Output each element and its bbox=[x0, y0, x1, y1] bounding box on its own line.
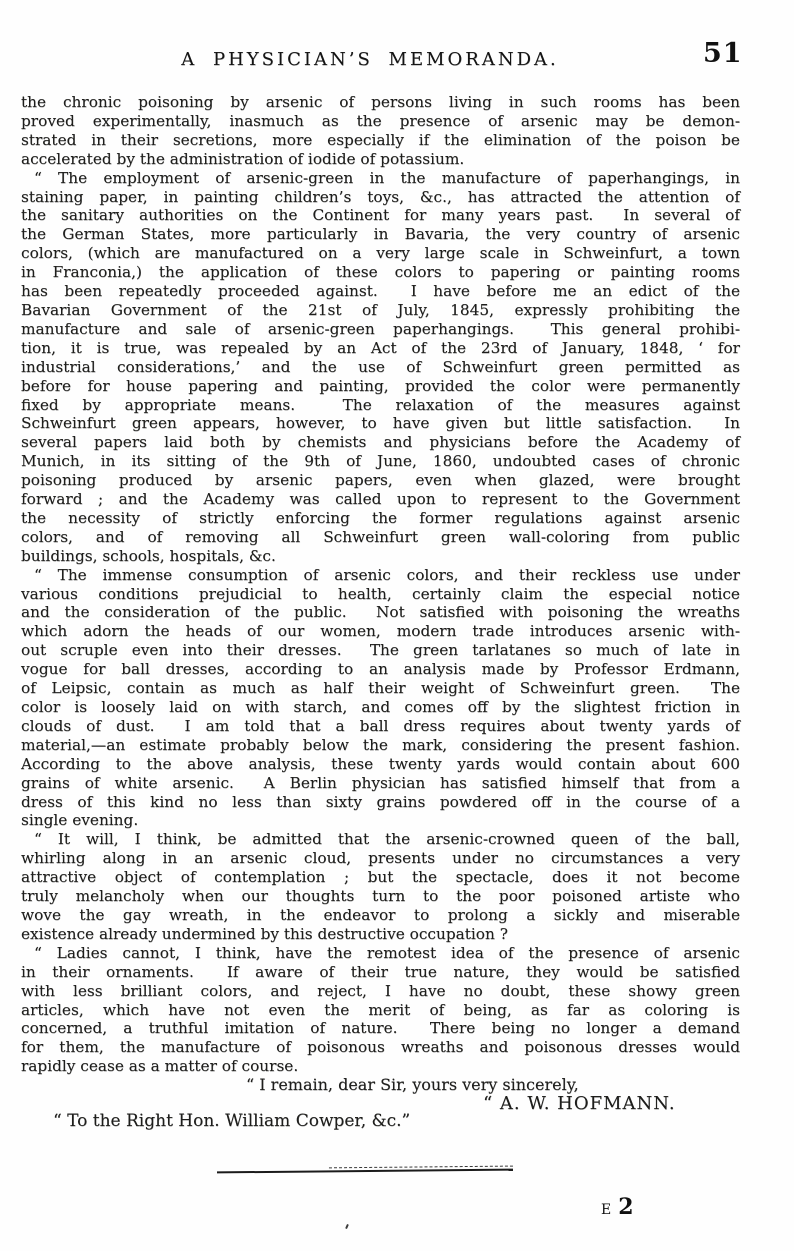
text-line: single evening. bbox=[21, 811, 740, 830]
scanned-book-page: A PHYSICIAN’S MEMORANDA. 51 the chronic … bbox=[0, 0, 794, 1251]
signature-mark-letter: E bbox=[601, 1202, 612, 1218]
paragraph: the chronic poisoning by arsenic of pers… bbox=[21, 93, 740, 169]
text-line: fixed by appropriate means. The relaxati… bbox=[21, 396, 740, 415]
text-line: rapidly cease as a matter of course. bbox=[21, 1057, 740, 1076]
separator-rule bbox=[217, 1169, 513, 1174]
text-line: existence already undermined by this des… bbox=[21, 925, 740, 944]
scan-artifact bbox=[345, 1224, 349, 1229]
paragraphs-container: the chronic poisoning by arsenic of pers… bbox=[21, 93, 740, 1076]
text-line: accelerated by the administration of iod… bbox=[21, 150, 740, 169]
text-line: staining paper, in painting children’s t… bbox=[21, 188, 740, 207]
text-line: vogue for ball dresses, according to an … bbox=[21, 660, 740, 679]
text-line: colors, and of removing all Schweinfurt … bbox=[21, 528, 740, 547]
text-line: for them, the manufacture of poisonous w… bbox=[21, 1038, 740, 1057]
text-line: buildings, schools, hospitals, &c. bbox=[21, 547, 740, 566]
paragraph: “ The employment of arsenic-green in the… bbox=[21, 169, 740, 566]
text-line: “ The immense consumption of arsenic col… bbox=[21, 566, 740, 585]
text-line: whirling along in an arsenic cloud, pres… bbox=[21, 849, 740, 868]
text-line: articles, which have not even the merit … bbox=[21, 1001, 740, 1020]
text-line: in Franconia,) the application of these … bbox=[21, 263, 740, 282]
text-line: poisoning produced by arsenic papers, ev… bbox=[21, 471, 740, 490]
page-number: 51 bbox=[703, 38, 743, 69]
text-line: various conditions prejudicial to health… bbox=[21, 585, 740, 604]
paragraph: “ The immense consumption of arsenic col… bbox=[21, 566, 740, 831]
text-line: the chronic poisoning by arsenic of pers… bbox=[21, 93, 740, 112]
text-line: of Leipsic, contain as much as half thei… bbox=[21, 679, 740, 698]
text-line: before for house papering and painting, … bbox=[21, 377, 740, 396]
text-line: Munich, in its sitting of the 9th of Jun… bbox=[21, 452, 740, 471]
text-line: has been repeatedly proceeded against. I… bbox=[21, 282, 740, 301]
text-line: the necessity of strictly enforcing the … bbox=[21, 509, 740, 528]
text-line: industrial considerations,’ and the use … bbox=[21, 358, 740, 377]
text-line: tion, it is true, was repealed by an Act… bbox=[21, 339, 740, 358]
text-line: which adorn the heads of our women, mode… bbox=[21, 622, 740, 641]
text-line: with less brilliant colors, and reject, … bbox=[21, 982, 740, 1001]
signature-mark: E2 bbox=[601, 1194, 634, 1220]
text-line: in their ornaments. If aware of their tr… bbox=[21, 963, 740, 982]
text-line: the sanitary authorities on the Continen… bbox=[21, 206, 740, 225]
text-line: and the consideration of the public. Not… bbox=[21, 603, 740, 622]
text-line: “ The employment of arsenic-green in the… bbox=[21, 169, 740, 188]
text-line: truly melancholy when our thoughts turn … bbox=[21, 887, 740, 906]
text-line: proved experimentally, inasmuch as the p… bbox=[21, 112, 740, 131]
text-line: “ It will, I think, be admitted that the… bbox=[21, 830, 740, 849]
text-line: concerned, a truthful imitation of natur… bbox=[21, 1019, 740, 1038]
addressee-line: “ To the Right Hon. William Cowper, &c.” bbox=[21, 1112, 740, 1131]
text-line: According to the above analysis, these t… bbox=[21, 755, 740, 774]
text-line: colors, (which are manufactured on a ver… bbox=[21, 244, 740, 263]
text-line: forward ; and the Academy was called upo… bbox=[21, 490, 740, 509]
separator-rule-dash bbox=[329, 1166, 513, 1169]
text-line: clouds of dust. I am told that a ball dr… bbox=[21, 717, 740, 736]
text-line: dress of this kind no less than sixty gr… bbox=[21, 793, 740, 812]
running-head-title: A PHYSICIAN’S MEMORANDA. bbox=[0, 49, 740, 70]
paragraph: “ Ladies cannot, I think, have the remot… bbox=[21, 944, 740, 1076]
text-line: attractive object of contemplation ; but… bbox=[21, 868, 740, 887]
text-line: manufacture and sale of arsenic-green pa… bbox=[21, 320, 740, 339]
text-line: Schweinfurt green appears, however, to h… bbox=[21, 414, 740, 433]
text-line: Bavarian Government of the 21st of July,… bbox=[21, 301, 740, 320]
text-line: several papers laid both by chemists and… bbox=[21, 433, 740, 452]
text-line: the German States, more particularly in … bbox=[21, 225, 740, 244]
letter-body: the chronic poisoning by arsenic of pers… bbox=[21, 93, 740, 1131]
text-line: “ Ladies cannot, I think, have the remot… bbox=[21, 944, 740, 963]
paragraph: “ It will, I think, be admitted that the… bbox=[21, 830, 740, 943]
text-line: strated in their secretions, more especi… bbox=[21, 131, 740, 150]
text-line: wove the gay wreath, in the endeavor to … bbox=[21, 906, 740, 925]
text-line: out scruple even into their dresses. The… bbox=[21, 641, 740, 660]
text-line: material,—an estimate probably below the… bbox=[21, 736, 740, 755]
text-line: color is loosely laid on with starch, an… bbox=[21, 698, 740, 717]
signature-mark-number: 2 bbox=[618, 1194, 633, 1220]
text-line: grains of white arsenic. A Berlin physic… bbox=[21, 774, 740, 793]
